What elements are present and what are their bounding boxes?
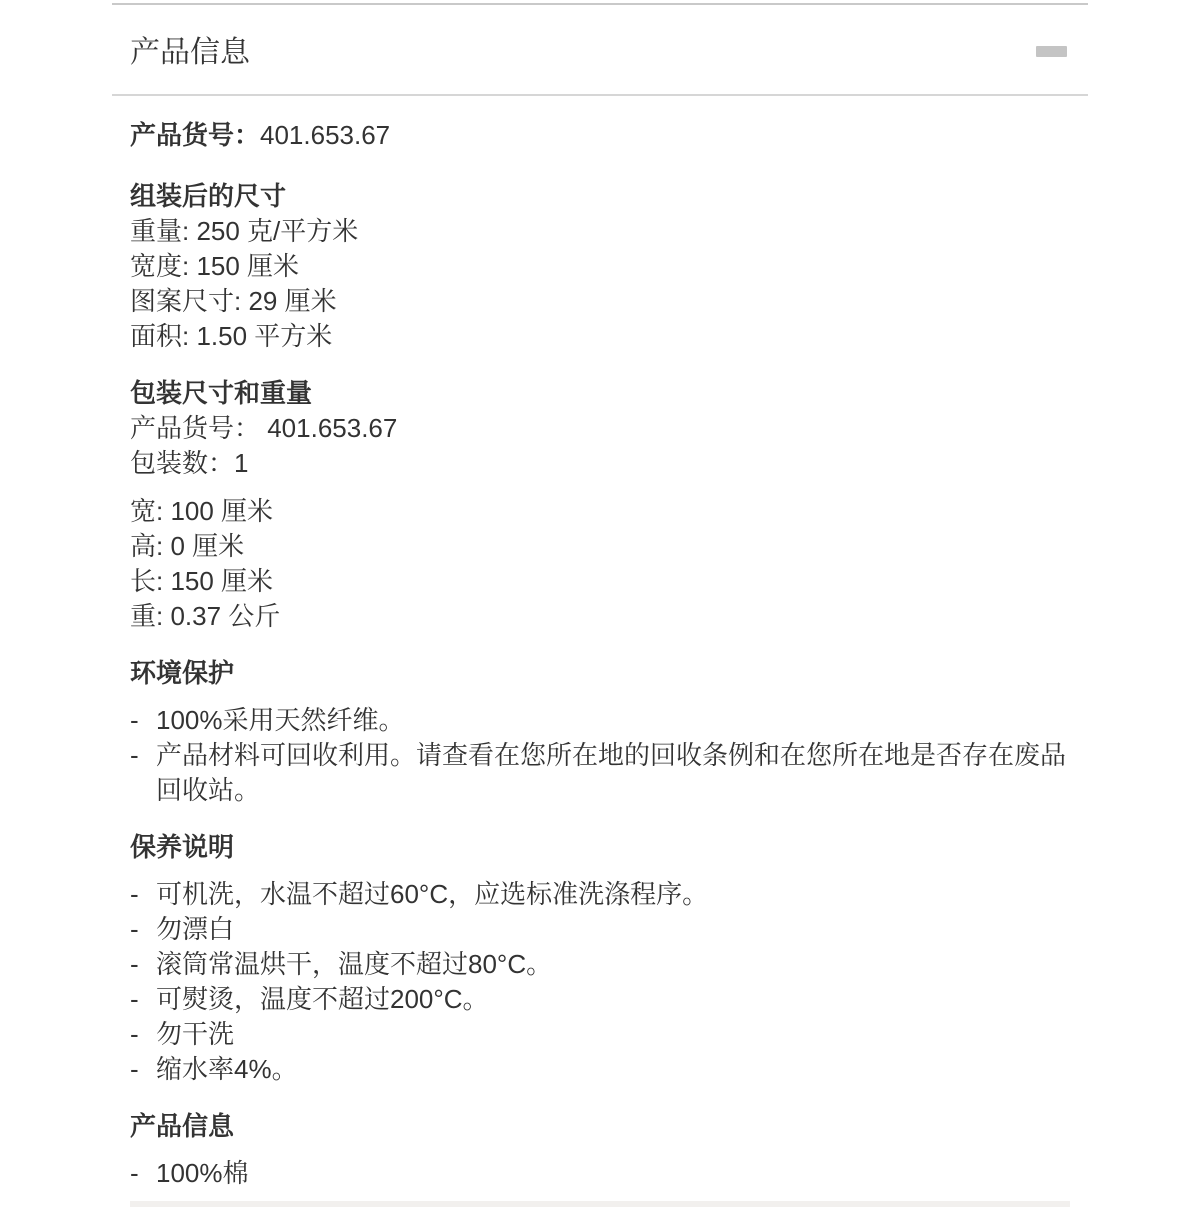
spec-line-area: 面积: 1.50 平方米 [130, 319, 1070, 354]
bullet-text: 可熨烫，温度不超过200°C。 [156, 982, 1070, 1017]
bullet-item: - 100%采用天然纤维。 [130, 703, 1070, 738]
care-instructions-list: - 可机洗，水温不超过60°C，应选标准洗涤程序。 - 勿漂白 - 滚筒常温烘干… [130, 877, 1070, 1087]
panel-title: 产品信息 [130, 35, 250, 71]
bullet-text: 可机洗，水温不超过60°C，应选标准洗涤程序。 [156, 877, 1070, 912]
assembled-dimensions-lines: 重量: 250 克/平方米 宽度: 150 厘米 图案尺寸: 29 厘米 面积:… [130, 214, 1070, 354]
environment-title: 环境保护 [130, 656, 1070, 691]
bullet-text: 缩水率4%。 [156, 1052, 1070, 1087]
bullet-text: 产品材料可回收利用。请查看在您所在地的回收条例和在您所在地是否存在废品回收站。 [156, 738, 1070, 808]
product-info-accordion-header[interactable]: 产品信息 [112, 5, 1088, 96]
spec-line-pattern-size: 图案尺寸: 29 厘米 [130, 284, 1070, 319]
bullet-dash: - [130, 912, 156, 947]
product-info-panel: 产品信息 产品货号：401.653.67 组装后的尺寸 重量: 250 克/平方… [112, 3, 1088, 1207]
bullet-text: 勿漂白 [156, 912, 1070, 947]
spec-line-package-count: 包装数：1 [130, 446, 1070, 481]
bullet-dash: - [130, 877, 156, 912]
packaging-group-2: 宽: 100 厘米 高: 0 厘米 长: 150 厘米 重: 0.37 公斤 [130, 494, 1070, 634]
assembled-dimensions-title: 组装后的尺寸 [130, 179, 1070, 214]
packaging-title: 包装尺寸和重量 [130, 376, 1070, 411]
spec-line-pack-weight: 重: 0.37 公斤 [130, 599, 1070, 634]
spec-line-weight: 重量: 250 克/平方米 [130, 214, 1070, 249]
bullet-item: - 滚筒常温烘干，温度不超过80°C。 [130, 947, 1070, 982]
bullet-text: 100%棉 [156, 1156, 1070, 1191]
environment-list: - 100%采用天然纤维。 - 产品材料可回收利用。请查看在您所在地的回收条例和… [130, 703, 1070, 808]
product-material-list: - 100%棉 [130, 1156, 1070, 1191]
spec-line-pack-height: 高: 0 厘米 [130, 529, 1070, 564]
packaging-group-1: 产品货号： 401.653.67 包装数：1 [130, 411, 1070, 481]
bullet-text: 勿干洗 [156, 1017, 1070, 1052]
product-number-value: 401.653.67 [260, 120, 390, 150]
spec-line-width: 宽度: 150 厘米 [130, 249, 1070, 284]
product-material-title: 产品信息 [130, 1109, 1070, 1144]
bullet-item: - 可机洗，水温不超过60°C，应选标准洗涤程序。 [130, 877, 1070, 912]
bullet-text: 滚筒常温烘干，温度不超过80°C。 [156, 947, 1070, 982]
bullet-item: - 缩水率4%。 [130, 1052, 1070, 1087]
bullet-item: - 100%棉 [130, 1156, 1070, 1191]
next-section-edge [130, 1201, 1070, 1207]
bullet-text: 100%采用天然纤维。 [156, 703, 1070, 738]
bullet-dash: - [130, 947, 156, 982]
bullet-item: - 勿漂白 [130, 912, 1070, 947]
spec-line-article-number: 产品货号： 401.653.67 [130, 411, 1070, 446]
bullet-item: - 可熨烫，温度不超过200°C。 [130, 982, 1070, 1017]
product-number-row: 产品货号：401.653.67 [130, 118, 1070, 153]
bullet-dash: - [130, 1156, 156, 1191]
care-instructions-title: 保养说明 [130, 830, 1070, 865]
collapse-minus-icon[interactable] [1036, 46, 1067, 57]
bullet-dash: - [130, 703, 156, 738]
bullet-item: - 产品材料可回收利用。请查看在您所在地的回收条例和在您所在地是否存在废品回收站… [130, 738, 1070, 808]
product-info-body: 产品货号：401.653.67 组装后的尺寸 重量: 250 克/平方米 宽度:… [112, 118, 1088, 1207]
bullet-dash: - [130, 982, 156, 1017]
bullet-dash: - [130, 1052, 156, 1087]
spec-line-pack-width: 宽: 100 厘米 [130, 494, 1070, 529]
bullet-dash: - [130, 1017, 156, 1052]
bullet-dash: - [130, 738, 156, 773]
product-number-label: 产品货号： [130, 120, 260, 150]
spec-line-pack-length: 长: 150 厘米 [130, 564, 1070, 599]
bullet-item: - 勿干洗 [130, 1017, 1070, 1052]
